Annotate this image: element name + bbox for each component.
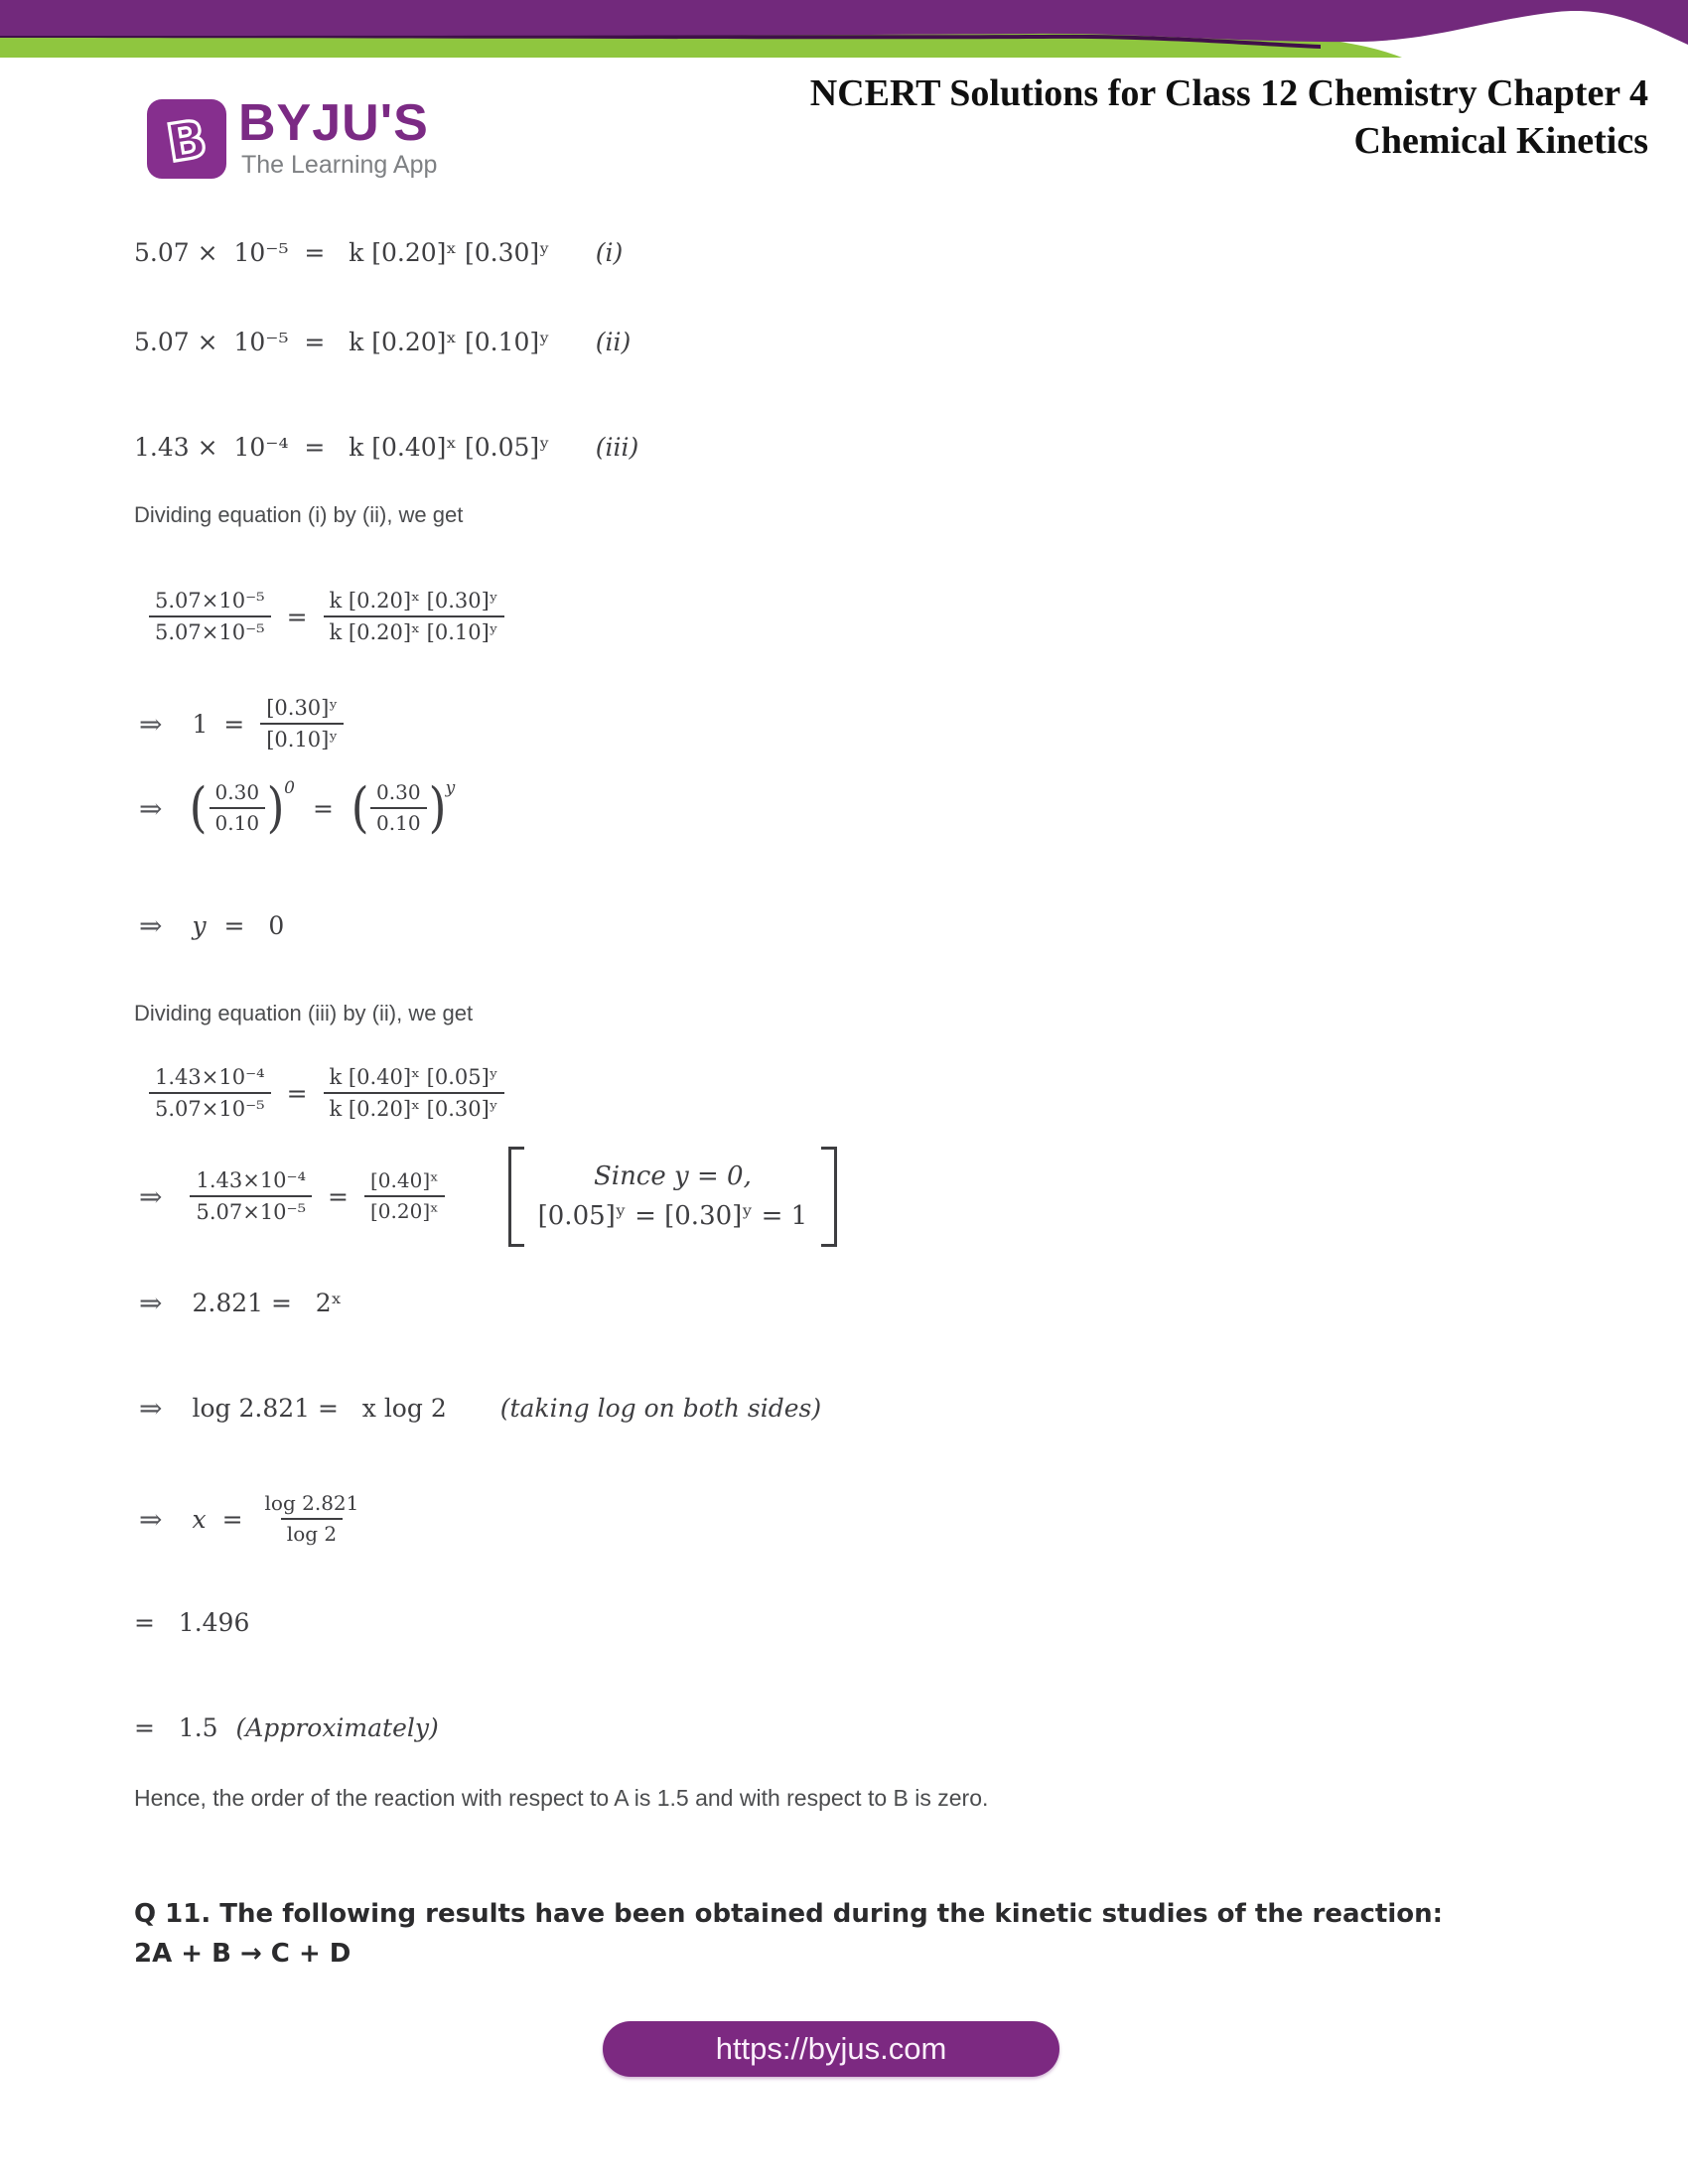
fraction-rhs: k [0.20]ˣ [0.30]ʸ k [0.20]ˣ [0.10]ʸ [324, 588, 504, 646]
fraction: log 2.821 log 2 [259, 1491, 365, 1547]
implies-icon: ⇒ [139, 1503, 162, 1536]
ratio-row: ⇒ 1.43×10⁻⁴ 5.07×10⁻⁵ = [0.40]ˣ [0.20]ˣ … [139, 1147, 837, 1247]
fraction: [0.30]ʸ [0.10]ʸ [260, 695, 344, 753]
fraction-lhs: 1.43×10⁻⁴ 5.07×10⁻⁵ [149, 1064, 271, 1123]
since-line1: Since y = 0, [594, 1157, 752, 1196]
equals-sign: = [313, 794, 334, 823]
log-row: ⇒ log 2.821 = x log 2 (taking log on bot… [139, 1392, 821, 1425]
value-15-row: = 1.5 (Approximately) [134, 1713, 439, 1742]
log-note: (taking log on both sides) [500, 1394, 821, 1423]
equation-i: 5.07 × 10⁻⁵ = k [0.20]ˣ [0.30]ʸ (i) [134, 238, 623, 267]
exponent: y [446, 778, 456, 798]
equation-ii-expr: 5.07 × 10⁻⁵ = k [0.20]ˣ [0.10]ʸ [134, 328, 550, 356]
equals-sign: = [287, 1079, 308, 1108]
implies-icon: ⇒ [139, 792, 162, 825]
question-11: Q 11. The following results have been ob… [134, 1894, 1475, 1974]
equation-iii: 1.43 × 10⁻⁴ = k [0.40]ˣ [0.05]ʸ (iii) [134, 433, 638, 462]
power-row: ⇒ 2.821 = 2ˣ [139, 1287, 342, 1319]
implies-icon: ⇒ [139, 1392, 162, 1425]
byjus-url-button[interactable]: https://byjus.com [603, 2021, 1059, 2077]
fraction-equation-2: 1.43×10⁻⁴ 5.07×10⁻⁵ = k [0.40]ˣ [0.05]ʸ … [149, 1064, 504, 1123]
fraction: 0.30 0.10 [370, 780, 427, 836]
byjus-brand-text: BYJU'S [238, 93, 429, 153]
implies-icon: ⇒ [139, 909, 162, 942]
byjus-logo-icon: B [147, 99, 226, 179]
since-line2: [0.05]ʸ = [0.30]ʸ = 1 [538, 1196, 808, 1236]
equation-ii-label: (ii) [596, 328, 632, 356]
implies-icon: ⇒ [139, 708, 162, 741]
byjus-url-label: https://byjus.com [716, 2031, 947, 2067]
byjus-b-icon: B [147, 99, 226, 179]
left-bracket [508, 1147, 524, 1247]
fraction-lhs: 5.07×10⁻⁵ 5.07×10⁻⁵ [149, 588, 271, 646]
divide-iii-by-ii-text: Dividing equation (iii) by (ii), we get [134, 1001, 473, 1026]
one-equals-row: ⇒ 1 = [0.30]ʸ [0.10]ʸ [139, 695, 344, 753]
document-page: B BYJU'S The Learning App NCERT Solution… [0, 0, 1688, 2184]
approximately-note: (Approximately) [236, 1713, 439, 1742]
fraction-rhs: k [0.40]ˣ [0.05]ʸ k [0.20]ˣ [0.30]ʸ [324, 1064, 504, 1123]
fraction: 0.30 0.10 [210, 780, 266, 836]
svg-text:B: B [163, 109, 211, 174]
equation-iii-expr: 1.43 × 10⁻⁴ = k [0.40]ˣ [0.05]ʸ [134, 433, 550, 462]
question-11-reaction: 2A + B → C + D [134, 1934, 1475, 1974]
y-equals-zero-row: ⇒ y = 0 [139, 909, 284, 942]
value-1496-row: = 1.496 [134, 1608, 249, 1637]
page-title-line1: NCERT Solutions for Class 12 Chemistry C… [810, 69, 1648, 117]
page-title: NCERT Solutions for Class 12 Chemistry C… [810, 69, 1648, 165]
equals-sign: = [222, 1505, 243, 1534]
rhs-group: ( 0.30 0.10 ) y [350, 780, 457, 836]
equation-i-expr: 5.07 × 10⁻⁵ = k [0.20]ˣ [0.30]ʸ [134, 238, 550, 267]
equals-sign: = [287, 603, 308, 631]
equation-ii: 5.07 × 10⁻⁵ = k [0.20]ˣ [0.10]ʸ (ii) [134, 328, 631, 356]
lhs-group: ( 0.30 0.10 ) 0 [188, 780, 297, 836]
question-11-text: Q 11. The following results have been ob… [134, 1894, 1475, 1934]
x-value-row: ⇒ x = log 2.821 log 2 [139, 1491, 364, 1547]
exponent: 0 [284, 778, 295, 798]
divide-i-by-ii-text: Dividing equation (i) by (ii), we get [134, 502, 463, 528]
equation-i-label: (i) [596, 238, 624, 267]
since-note-bracket: Since y = 0, [0.05]ʸ = [0.30]ʸ = 1 [508, 1147, 838, 1247]
right-bracket [821, 1147, 837, 1247]
fraction-rhs: [0.40]ˣ [0.20]ˣ [364, 1168, 445, 1224]
fraction-equation-1: 5.07×10⁻⁵ 5.07×10⁻⁵ = k [0.20]ˣ [0.30]ʸ … [149, 588, 504, 646]
equals-sign: = [328, 1182, 349, 1211]
implies-icon: ⇒ [139, 1180, 162, 1213]
page-title-line2: Chemical Kinetics [810, 117, 1648, 165]
equation-iii-label: (iii) [596, 433, 639, 462]
paren-power-row: ⇒ ( 0.30 0.10 ) 0 = ( 0.30 0.10 ) y [139, 780, 457, 836]
byjus-tagline: The Learning App [241, 151, 437, 180]
conclusion-text: Hence, the order of the reaction with re… [134, 1785, 988, 1812]
implies-icon: ⇒ [139, 1287, 162, 1319]
fraction-lhs: 1.43×10⁻⁴ 5.07×10⁻⁵ [190, 1167, 312, 1226]
